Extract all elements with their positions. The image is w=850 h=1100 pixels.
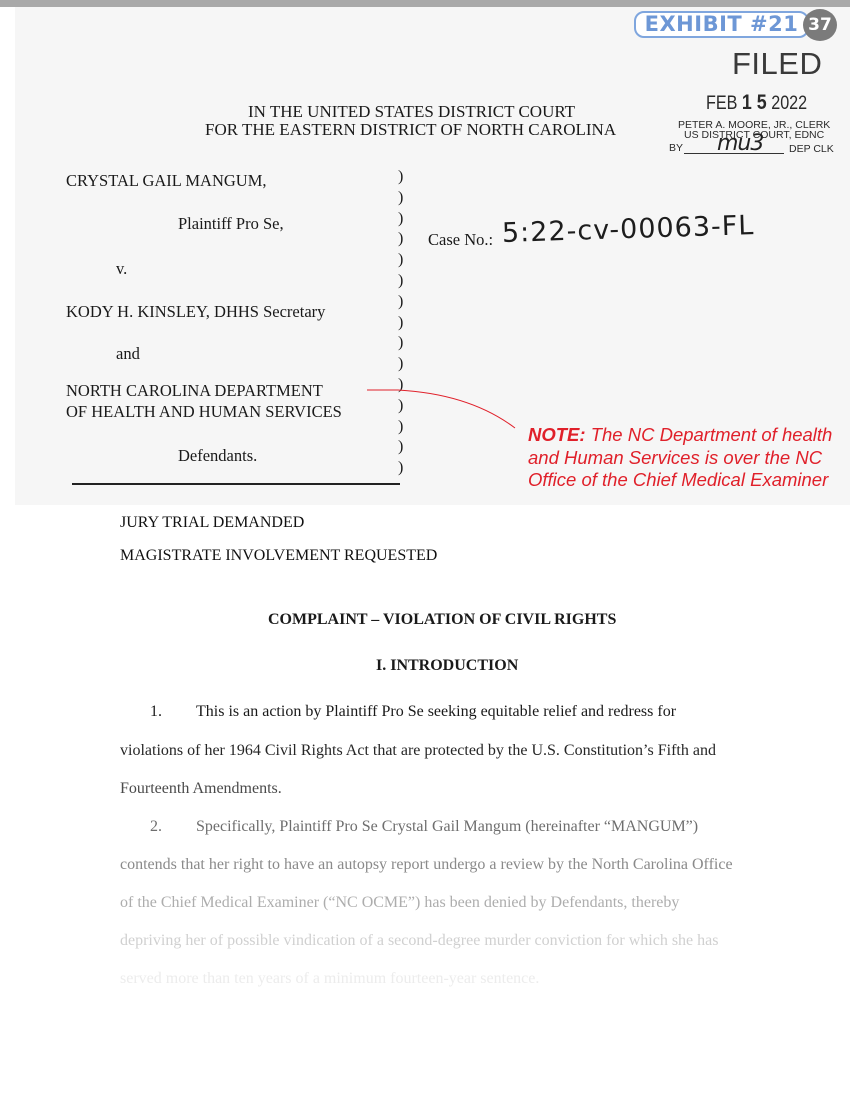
paragraph-2-line1: 2.Specifically, Plaintiff Pro Se Crystal… [150,818,698,836]
magistrate-request: MAGISTRATE INVOLVEMENT REQUESTED [120,547,437,565]
paragraph-2-line3: of the Chief Medical Examiner (“NC OCME”… [120,894,679,912]
annotation-note: NOTE: The NC Department of health and Hu… [528,424,838,492]
clerk-by-label: BY [669,142,683,154]
paragraph-text: Specifically, Plaintiff Pro Se Crystal G… [196,818,698,835]
caption-paren: ) [398,314,403,332]
caption-paren: ) [398,272,403,290]
paragraph-1-line2: violations of her 1964 Civil Rights Act … [120,742,716,760]
jury-demand: JURY TRIAL DEMANDED [120,514,304,532]
paragraph-number: 2. [150,818,196,836]
versus: v. [116,259,127,279]
caption-paren: ) [398,376,403,394]
caption-paren: ) [398,418,403,436]
paragraph-1-line3: Fourteenth Amendments. [120,780,282,798]
section-heading: I. INTRODUCTION [376,657,518,675]
caption-paren: ) [398,459,403,477]
defendant-role: Defendants. [178,446,257,466]
caption-paren: ) [398,168,403,186]
paragraph-number: 1. [150,703,196,721]
caption-paren: ) [398,355,403,373]
complaint-title: COMPLAINT – VIOLATION OF CIVIL RIGHTS [268,611,616,629]
plaintiff-role: Plaintiff Pro Se, [178,214,284,234]
page-number-badge: 37 [803,9,837,41]
paragraph-2-line4: depriving her of possible vindication of… [120,932,718,950]
defendant-2-line2: OF HEALTH AND HUMAN SERVICES [66,402,342,422]
caption-paren: ) [398,397,403,415]
court-heading-line2: FOR THE EASTERN DISTRICT OF NORTH CAROLI… [205,120,616,140]
caption-paren: ) [398,334,403,352]
defendant-2-line1: NORTH CAROLINA DEPARTMENT [66,381,323,401]
conjunction: and [116,344,140,364]
filed-day: 1 5 [742,91,767,114]
caption-paren: ) [398,230,403,248]
caption-paren: ) [398,293,403,311]
caption-paren: ) [398,210,403,228]
caption-paren: ) [398,189,403,207]
case-number-label: Case No.: [428,230,493,250]
paragraph-2-line2: contends that her right to have an autop… [120,856,733,874]
caption-paren: ) [398,438,403,456]
signature-line [684,153,784,154]
caption-underline [72,483,400,485]
exhibit-badge: EXHIBIT #21 [634,11,809,38]
note-label: NOTE: [528,424,586,445]
paragraph-2-line5: served more than ten years of a minimum … [120,970,539,988]
paragraph-1-line1: 1.This is an action by Plaintiff Pro Se … [150,703,676,721]
court-heading-line1: IN THE UNITED STATES DISTRICT COURT [248,102,575,122]
defendant-1: KODY H. KINSLEY, DHHS Secretary [66,302,325,322]
paragraph-text: This is an action by Plaintiff Pro Se se… [196,703,676,720]
filed-month: FEB [706,93,737,114]
caption-paren: ) [398,251,403,269]
dep-clk-label: DEP CLK [789,143,834,155]
filed-stamp: FILED [732,46,822,82]
filed-date: FEB 1 5 2022 [706,91,807,115]
plaintiff-name: CRYSTAL GAIL MANGUM, [66,171,267,191]
page-top-border [0,0,850,7]
filed-year: 2022 [771,93,807,114]
